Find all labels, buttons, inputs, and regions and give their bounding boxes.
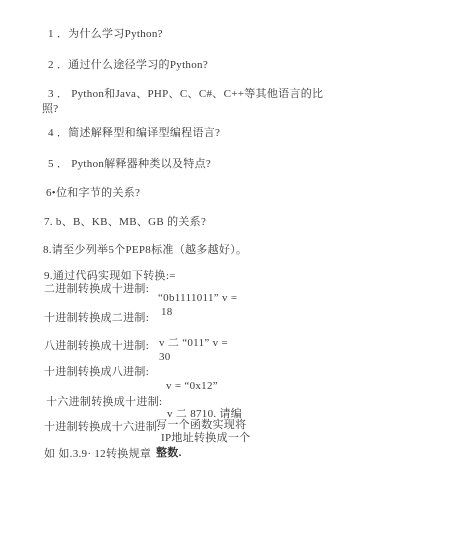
label-dec-to-bin: 十进制转换成二进制: bbox=[44, 312, 149, 325]
question-1: 1 ．为什么学习Python? bbox=[48, 28, 163, 41]
question-8: 8.请至少列举5个PEP8标准（越多越好）。 bbox=[43, 244, 247, 257]
snippet-dec-line2: 写一个函数实现将 bbox=[156, 419, 246, 432]
document-page: 1 ．为什么学习Python? 2 ．通过什么途径学习的Python? 3 ． … bbox=[0, 0, 452, 556]
question-9: 9.通过代码实现如下转换:= bbox=[44, 270, 176, 283]
example-note: 如 如.3.9· 12转换规章 bbox=[44, 448, 151, 461]
snippet-dec-line4: 整数. bbox=[156, 447, 182, 460]
question-2: 2 ．通过什么途径学习的Python? bbox=[48, 59, 208, 72]
snippet-hex-value: v = “0x12” bbox=[166, 380, 218, 393]
snippet-oct-result: 30 bbox=[159, 351, 171, 364]
snippet-bin-result: 18 bbox=[161, 306, 173, 319]
question-3-line1: 3 ． Python和Java、PHP、C、C#、C++等其他语言的比 bbox=[48, 88, 323, 101]
label-dec-to-oct: 十进制转换成八进制: bbox=[44, 366, 149, 379]
question-4: 4 ．简述解释型和编译型编程语言? bbox=[48, 127, 220, 140]
question-3-line2: 照? bbox=[42, 103, 58, 116]
snippet-bin-value: “0b1111011” v = bbox=[158, 292, 237, 305]
snippet-oct-value: v 二 “011” v = bbox=[159, 337, 228, 350]
snippet-dec-line3: IP地址转换成一个 bbox=[161, 432, 250, 445]
label-dec-to-hex: 十进制转换成十六进制: bbox=[44, 421, 160, 434]
question-7: 7. b、B、KB、MB、GB 的关系? bbox=[44, 216, 206, 229]
label-hex-to-dec: 十六进制转换成十进制: bbox=[46, 396, 162, 409]
label-bin-to-dec: 二进制转换成十进制: bbox=[44, 283, 149, 296]
question-6: 6•位和字节的关系? bbox=[46, 187, 140, 200]
label-oct-to-dec: 八进制转换成十进制: bbox=[44, 340, 149, 353]
question-5: 5 ． Python解释器种类以及特点? bbox=[48, 158, 211, 171]
